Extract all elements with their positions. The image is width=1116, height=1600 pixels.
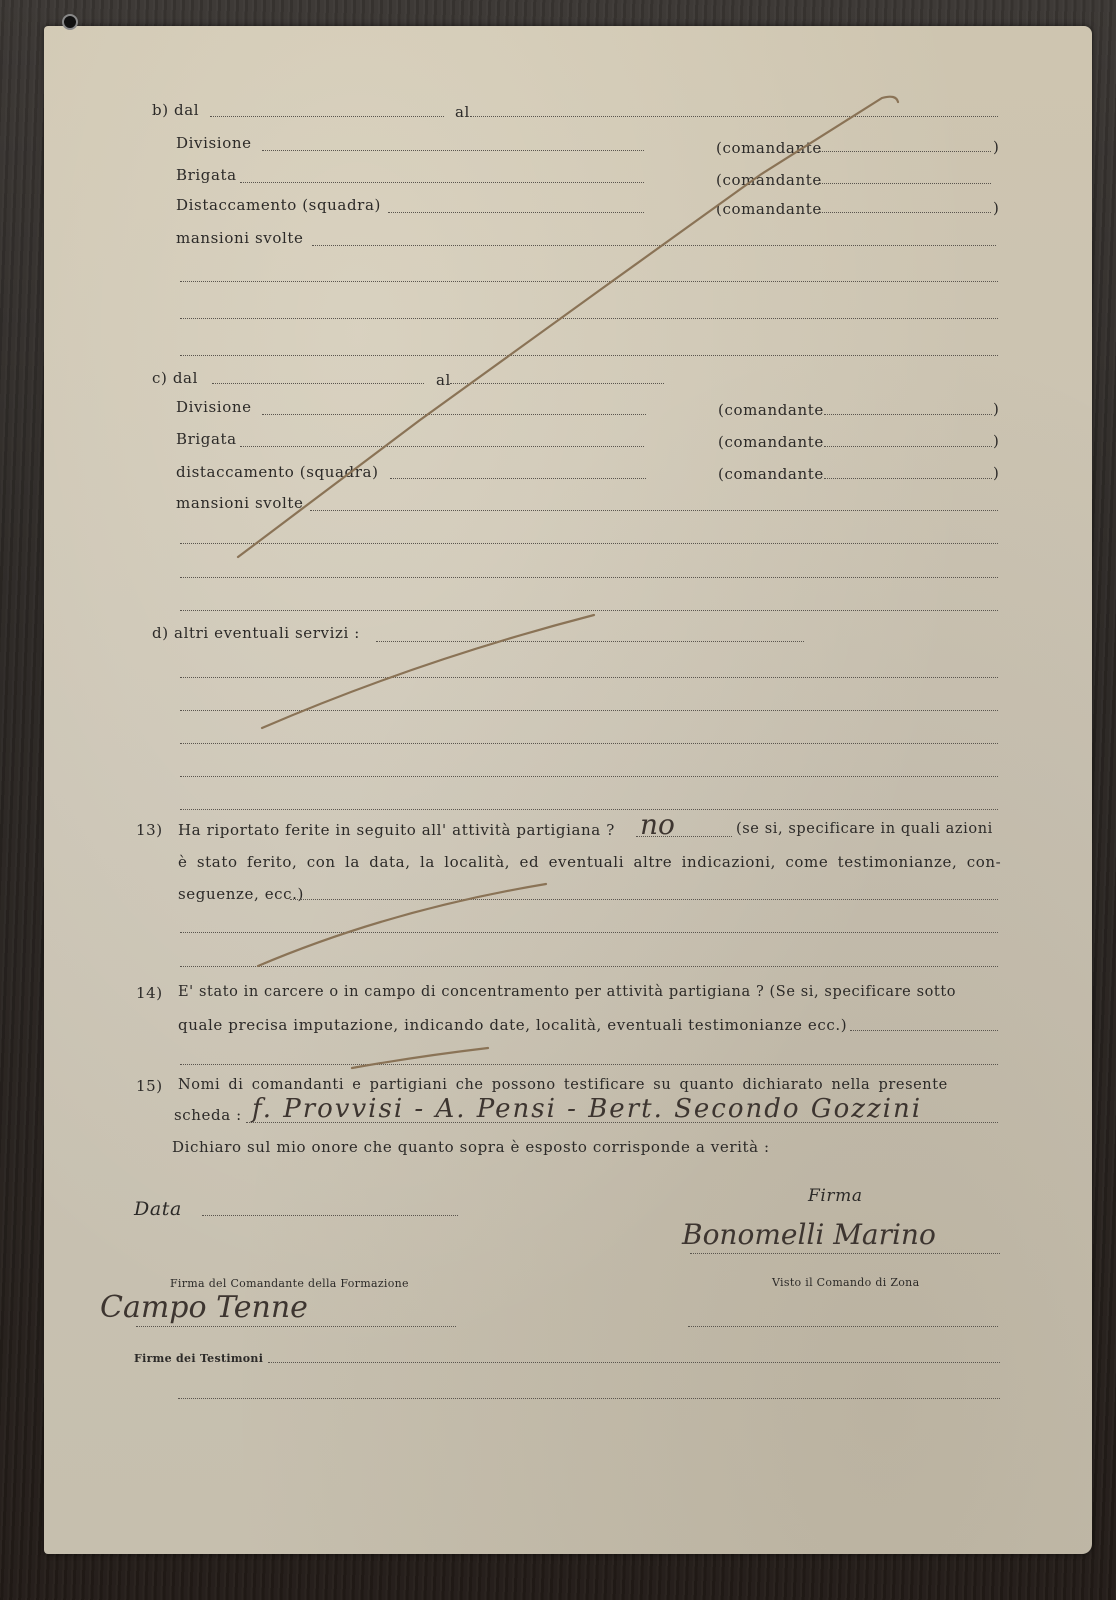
section-c-distaccamento-comandante-label: (comandante (718, 465, 824, 483)
testimoni-field[interactable] (268, 1362, 1000, 1363)
q14-details-line[interactable] (180, 1064, 998, 1065)
section-d-line[interactable] (180, 710, 998, 711)
q15-number: 15) (136, 1077, 163, 1095)
visto-comando-field[interactable] (688, 1326, 998, 1327)
q13-details-line[interactable] (180, 932, 998, 933)
section-c-brigata-comandante-field[interactable] (824, 446, 992, 447)
section-b-brigata-label: Brigata (176, 166, 237, 184)
q13-answer-handwritten: no (640, 808, 675, 841)
section-d-line[interactable] (180, 677, 998, 678)
q13-instructions: (se si, specificare in quali azioni (736, 821, 993, 837)
q14-question-line2: quale precisa imputazione, indicando dat… (178, 1016, 847, 1034)
section-b-mansioni-line[interactable] (180, 318, 998, 319)
section-d-line[interactable] (180, 743, 998, 744)
section-c-brigata-label: Brigata (176, 430, 237, 448)
section-c-distaccamento-field[interactable] (390, 478, 646, 479)
firma-field[interactable] (690, 1253, 1000, 1254)
section-c-divisione-field[interactable] (262, 414, 646, 415)
q14-details-field[interactable] (850, 1030, 998, 1031)
declaration-text: Dichiaro sul mio onore che quanto sopra … (172, 1138, 770, 1156)
testimoni-line[interactable] (178, 1398, 1000, 1399)
section-c-brigata-field[interactable] (240, 446, 644, 447)
section-c-al-field[interactable] (450, 383, 664, 384)
q15-question: Nomi di comandanti e partigiani che poss… (178, 1077, 948, 1093)
q14-number: 14) (136, 984, 163, 1002)
section-c-mansioni-line[interactable] (180, 577, 998, 578)
section-b-distaccamento-comandante-label: (comandante (716, 200, 822, 218)
section-b-brigata-field[interactable] (240, 182, 644, 183)
section-c-divisione-label: Divisione (176, 398, 252, 416)
q13-details-line[interactable] (180, 966, 998, 967)
section-b-brigata-comandante-label: (comandante (716, 171, 822, 189)
comandante-formazione-label: Firma del Comandante della Formazione (170, 1277, 409, 1290)
section-b-mansioni-field[interactable] (312, 245, 996, 246)
section-c-brigata-comandante-label: (comandante (718, 433, 824, 451)
section-b-distaccamento-comandante-field[interactable] (818, 212, 991, 213)
section-b-mansioni-line[interactable] (180, 281, 998, 282)
close-paren: ) (993, 199, 999, 217)
section-c-mansioni-label: mansioni svolte (176, 494, 303, 512)
section-b-divisione-comandante-label: (comandante (716, 139, 822, 157)
section-c-dal-field[interactable] (212, 383, 424, 384)
section-b-divisione-comandante-field[interactable] (818, 151, 991, 152)
section-c-dal-label: c) dal (152, 369, 198, 387)
section-c-mansioni-line[interactable] (180, 610, 998, 611)
close-paren: ) (993, 464, 999, 482)
close-paren: ) (993, 400, 999, 418)
section-b-mansioni-label: mansioni svolte (176, 229, 303, 247)
q14-question: E' stato in carcere o in campo di concen… (178, 984, 956, 1000)
section-b-brigata-comandante-field[interactable] (818, 183, 991, 184)
section-c-al-label: al (436, 371, 451, 389)
section-b-divisione-field[interactable] (262, 150, 644, 151)
data-field[interactable] (202, 1215, 458, 1216)
visto-comando-label: Visto il Comando di Zona (772, 1276, 919, 1289)
q13-details-field[interactable] (290, 899, 998, 900)
firma-signature: Bonomelli Marino (682, 1218, 936, 1251)
comandante-formazione-field[interactable] (136, 1326, 456, 1327)
section-d-line[interactable] (180, 776, 998, 777)
section-b-al-label: al (455, 103, 470, 121)
q15-witness-handwritten: f. Provvisi - A. Pensi - Bert. Secondo G… (252, 1094, 922, 1124)
comandante-signature: Campo Tenne (100, 1290, 308, 1325)
data-label: Data (134, 1198, 182, 1220)
section-b-distaccamento-label: Distaccamento (squadra) (176, 196, 381, 214)
close-paren: ) (993, 432, 999, 450)
section-c-mansioni-line[interactable] (180, 543, 998, 544)
section-b-divisione-label: Divisione (176, 134, 252, 152)
section-c-distaccamento-comandante-field[interactable] (824, 478, 992, 479)
section-b-al-field[interactable] (470, 116, 998, 117)
q13-number: 13) (136, 821, 163, 839)
section-c-divisione-comandante-field[interactable] (824, 414, 992, 415)
close-paren: ) (993, 138, 999, 156)
section-d-label: d) altri eventuali servizi : (152, 624, 360, 642)
section-c-divisione-comandante-label: (comandante (718, 401, 824, 419)
firma-label: Firma (808, 1186, 863, 1206)
section-b-dal-label: b) dal (152, 101, 199, 119)
section-b-dal-field[interactable] (210, 116, 444, 117)
section-c-distaccamento-label: distaccamento (squadra) (176, 463, 379, 481)
section-b-distaccamento-field[interactable] (388, 212, 644, 213)
section-d-field[interactable] (376, 641, 804, 642)
section-b-mansioni-line[interactable] (180, 355, 998, 356)
q13-instructions-line2: è stato ferito, con la data, la località… (178, 853, 1001, 871)
section-c-mansioni-field[interactable] (310, 510, 998, 511)
section-d-line[interactable] (180, 809, 998, 810)
q13-instructions-line3: seguenze, ecc.) (178, 885, 304, 903)
q15-scheda-label: scheda : (174, 1106, 242, 1124)
testimoni-label: Firme dei Testimoni (134, 1352, 263, 1365)
pin-hole (62, 14, 78, 30)
q13-question: Ha riportato ferite in seguito all' atti… (178, 821, 615, 839)
